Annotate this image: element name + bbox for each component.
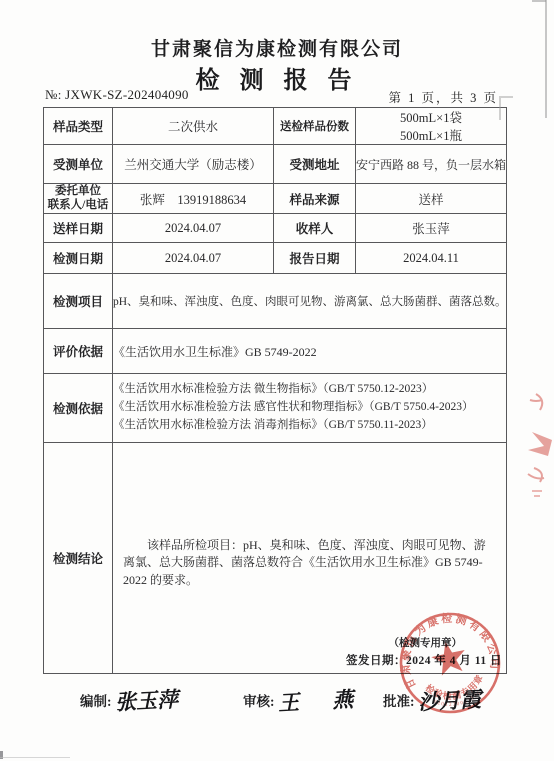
sample-source-label: 样品来源 [274,184,356,214]
scan-corner-mark [499,96,513,120]
conclusion-text: 该样品所检项目：pH、臭和味、色度、浑浊度、肉眼可见物、游离氯、总大肠菌群、菌落… [123,537,496,589]
evaluation-basis-label: 评价依据 [44,329,113,374]
delivery-date-label: 送样日期 [44,214,113,243]
sample-count-line1: 500mL×1袋 [356,108,506,126]
tested-unit-label: 受测单位 [44,145,113,184]
sample-count-label: 送检样品份数 [274,108,356,145]
sample-count-value: 500mL×1袋 500mL×1瓶 [356,108,507,145]
tested-unit-value: 兰州交通大学（励志楼） [113,145,274,184]
reviewed-signature: 王 燕 [277,683,368,718]
test-items-label: 检测项目 [44,274,113,329]
client-contact-value: 张辉 13919188634 [113,184,274,214]
report-date-label: 报告日期 [274,243,356,274]
report-number: №: JXWK-SZ-202404090 [45,87,189,103]
report-table: 样品类型 二次供水 送检样品份数 500mL×1袋 500mL×1瓶 受测单位 … [43,107,507,674]
reviewed-label: 审核: [243,690,275,710]
sample-type-value: 二次供水 [113,108,274,145]
table-row: 样品类型 二次供水 送检样品份数 500mL×1袋 500mL×1瓶 [44,108,507,145]
test-basis-value: 《生活饮用水标准检验方法 微生物指标》（GB/T 5750.12-2023） 《… [113,374,507,443]
stamp-star-icon [429,638,469,677]
table-row: 检测依据 《生活饮用水标准检验方法 微生物指标》（GB/T 5750.12-20… [44,374,507,443]
test-items-value: pH、臭和味、浑浊度、色度、肉眼可见物、游离氯、总大肠菌群、菌落总数。 [113,274,507,329]
test-basis-line1: 《生活饮用水标准检验方法 微生物指标》（GB/T 5750.12-2023） [113,381,506,399]
client-contact-label-line1: 委托单位 [44,185,112,199]
test-basis-label: 检测依据 [44,374,113,443]
meta-row: №: JXWK-SZ-202404090 第 1 页，共 3 页 [45,87,506,104]
evaluation-basis-value: 《生活饮用水卫生标准》GB 5749-2022 [113,329,507,374]
receiver-value: 张玉萍 [356,214,507,243]
scan-bottom-edge [0,757,70,758]
test-basis-line2: 《生活饮用水标准检验方法 感官性状和物理指标》（GB/T 5750.4-2023… [113,399,506,417]
partial-stamp-fragment-icon [514,388,554,503]
prepared-signature: 张玉萍 [114,683,178,716]
sample-type-label: 样品类型 [44,108,113,145]
table-row: 受测单位 兰州交通大学（励志楼） 受测地址 安宁西路 88 号，负一层水箱 [44,145,507,184]
table-row: 检测日期 2024.04.07 报告日期 2024.04.11 [44,243,507,274]
tested-address-value: 安宁西路 88 号，负一层水箱 [356,145,507,184]
scan-edge-mark [532,0,546,2]
sample-source-value: 送样 [356,184,507,214]
test-date-value: 2024.04.07 [113,243,274,274]
receiver-label: 收样人 [274,214,356,243]
sample-count-line2: 500mL×1瓶 [356,126,506,144]
company-name: 甘肃聚信为康检测有限公司 [0,34,554,61]
delivery-date-value: 2024.04.07 [113,214,274,243]
client-contact-label-line2: 联系人/电话 [44,199,112,213]
reviewed-by: 审核: 王 燕 [243,684,367,716]
official-seal-stamp: 甘肃聚信为康检测有限公司 检验检测专用章 6201230057575 [378,591,522,735]
report-page: 甘肃聚信为康检测有限公司 检 测 报 告 №: JXWK-SZ-20240409… [0,0,554,761]
page-number-info: 第 1 页，共 3 页 [388,88,498,106]
table-row: 送样日期 2024.04.07 收样人 张玉萍 [44,214,507,243]
table-row: 检测项目 pH、臭和味、浑浊度、色度、肉眼可见物、游离氯、总大肠菌群、菌落总数。 [44,274,507,329]
report-date-value: 2024.04.11 [356,243,507,274]
scan-edge-line [545,0,547,118]
client-contact-label: 委托单位 联系人/电话 [44,184,113,214]
prepared-by: 编制: 张玉萍 [80,684,178,716]
test-basis-line3: 《生活饮用水标准检验方法 消毒剂指标》（GB/T 5750.11-2023） [113,417,506,435]
prepared-label: 编制: [80,690,112,710]
tested-address-label: 受测地址 [274,145,356,184]
table-row: 评价依据 《生活饮用水卫生标准》GB 5749-2022 [44,329,507,374]
test-date-label: 检测日期 [44,243,113,274]
conclusion-label: 检测结论 [44,443,113,674]
table-row: 委托单位 联系人/电话 张辉 13919188634 样品来源 送样 [44,184,507,214]
